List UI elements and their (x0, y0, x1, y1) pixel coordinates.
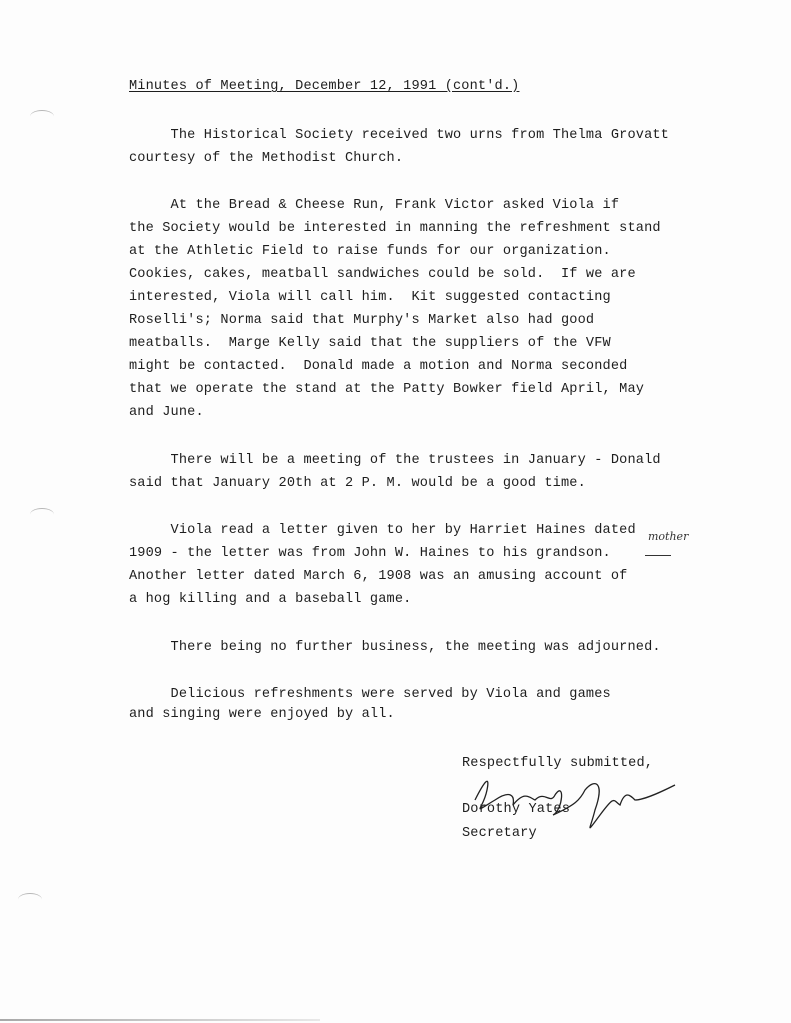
paragraph-line: at the Athletic Field to raise funds for… (129, 244, 611, 260)
paragraph-line: Another letter dated March 6, 1908 was a… (129, 569, 627, 585)
paragraph-line: and singing were enjoyed by all. (129, 707, 395, 723)
scan-edge (0, 1019, 320, 1021)
paragraph-line: There being no further business, the mee… (129, 640, 661, 656)
paragraph-line: said that January 20th at 2 P. M. would … (129, 476, 586, 492)
paragraph-line: Roselli's; Norma said that Murphy's Mark… (129, 313, 594, 329)
paragraph-line: and June. (129, 405, 204, 421)
paragraph-line: the Society would be interested in manni… (129, 221, 661, 237)
paragraph-line: 1909 - the letter was from John W. Haine… (129, 546, 611, 562)
handwritten-strikethrough (645, 555, 671, 556)
paragraph-line: At the Bread & Cheese Run, Frank Victor … (129, 198, 619, 214)
handwritten-insertion: mother (648, 530, 688, 543)
paragraph-line: a hog killing and a baseball game. (129, 592, 411, 608)
paragraph-line: that we operate the stand at the Patty B… (129, 382, 644, 398)
paragraph-line: Viola read a letter given to her by Harr… (129, 523, 636, 539)
secretary-role: Secretary (462, 826, 537, 842)
secretary-name: Dorothy Yates (462, 802, 570, 818)
paragraph-line: might be contacted. Donald made a motion… (129, 359, 627, 375)
paragraph-line: meatballs. Marge Kelly said that the sup… (129, 336, 611, 352)
paragraph-line: There will be a meeting of the trustees … (129, 453, 661, 469)
document-title: Minutes of Meeting, December 12, 1991 (c… (129, 79, 519, 95)
punch-hole-mark (30, 508, 54, 521)
paragraph-line: courtesy of the Methodist Church. (129, 151, 403, 167)
punch-hole-mark (18, 893, 42, 906)
paragraph-line: interested, Viola will call him. Kit sug… (129, 290, 611, 306)
paragraph-line: The Historical Society received two urns… (129, 128, 669, 144)
punch-hole-mark (30, 110, 54, 123)
paragraph-line: Delicious refreshments were served by Vi… (129, 687, 611, 703)
paragraph-line: Cookies, cakes, meatball sandwiches coul… (129, 267, 636, 283)
